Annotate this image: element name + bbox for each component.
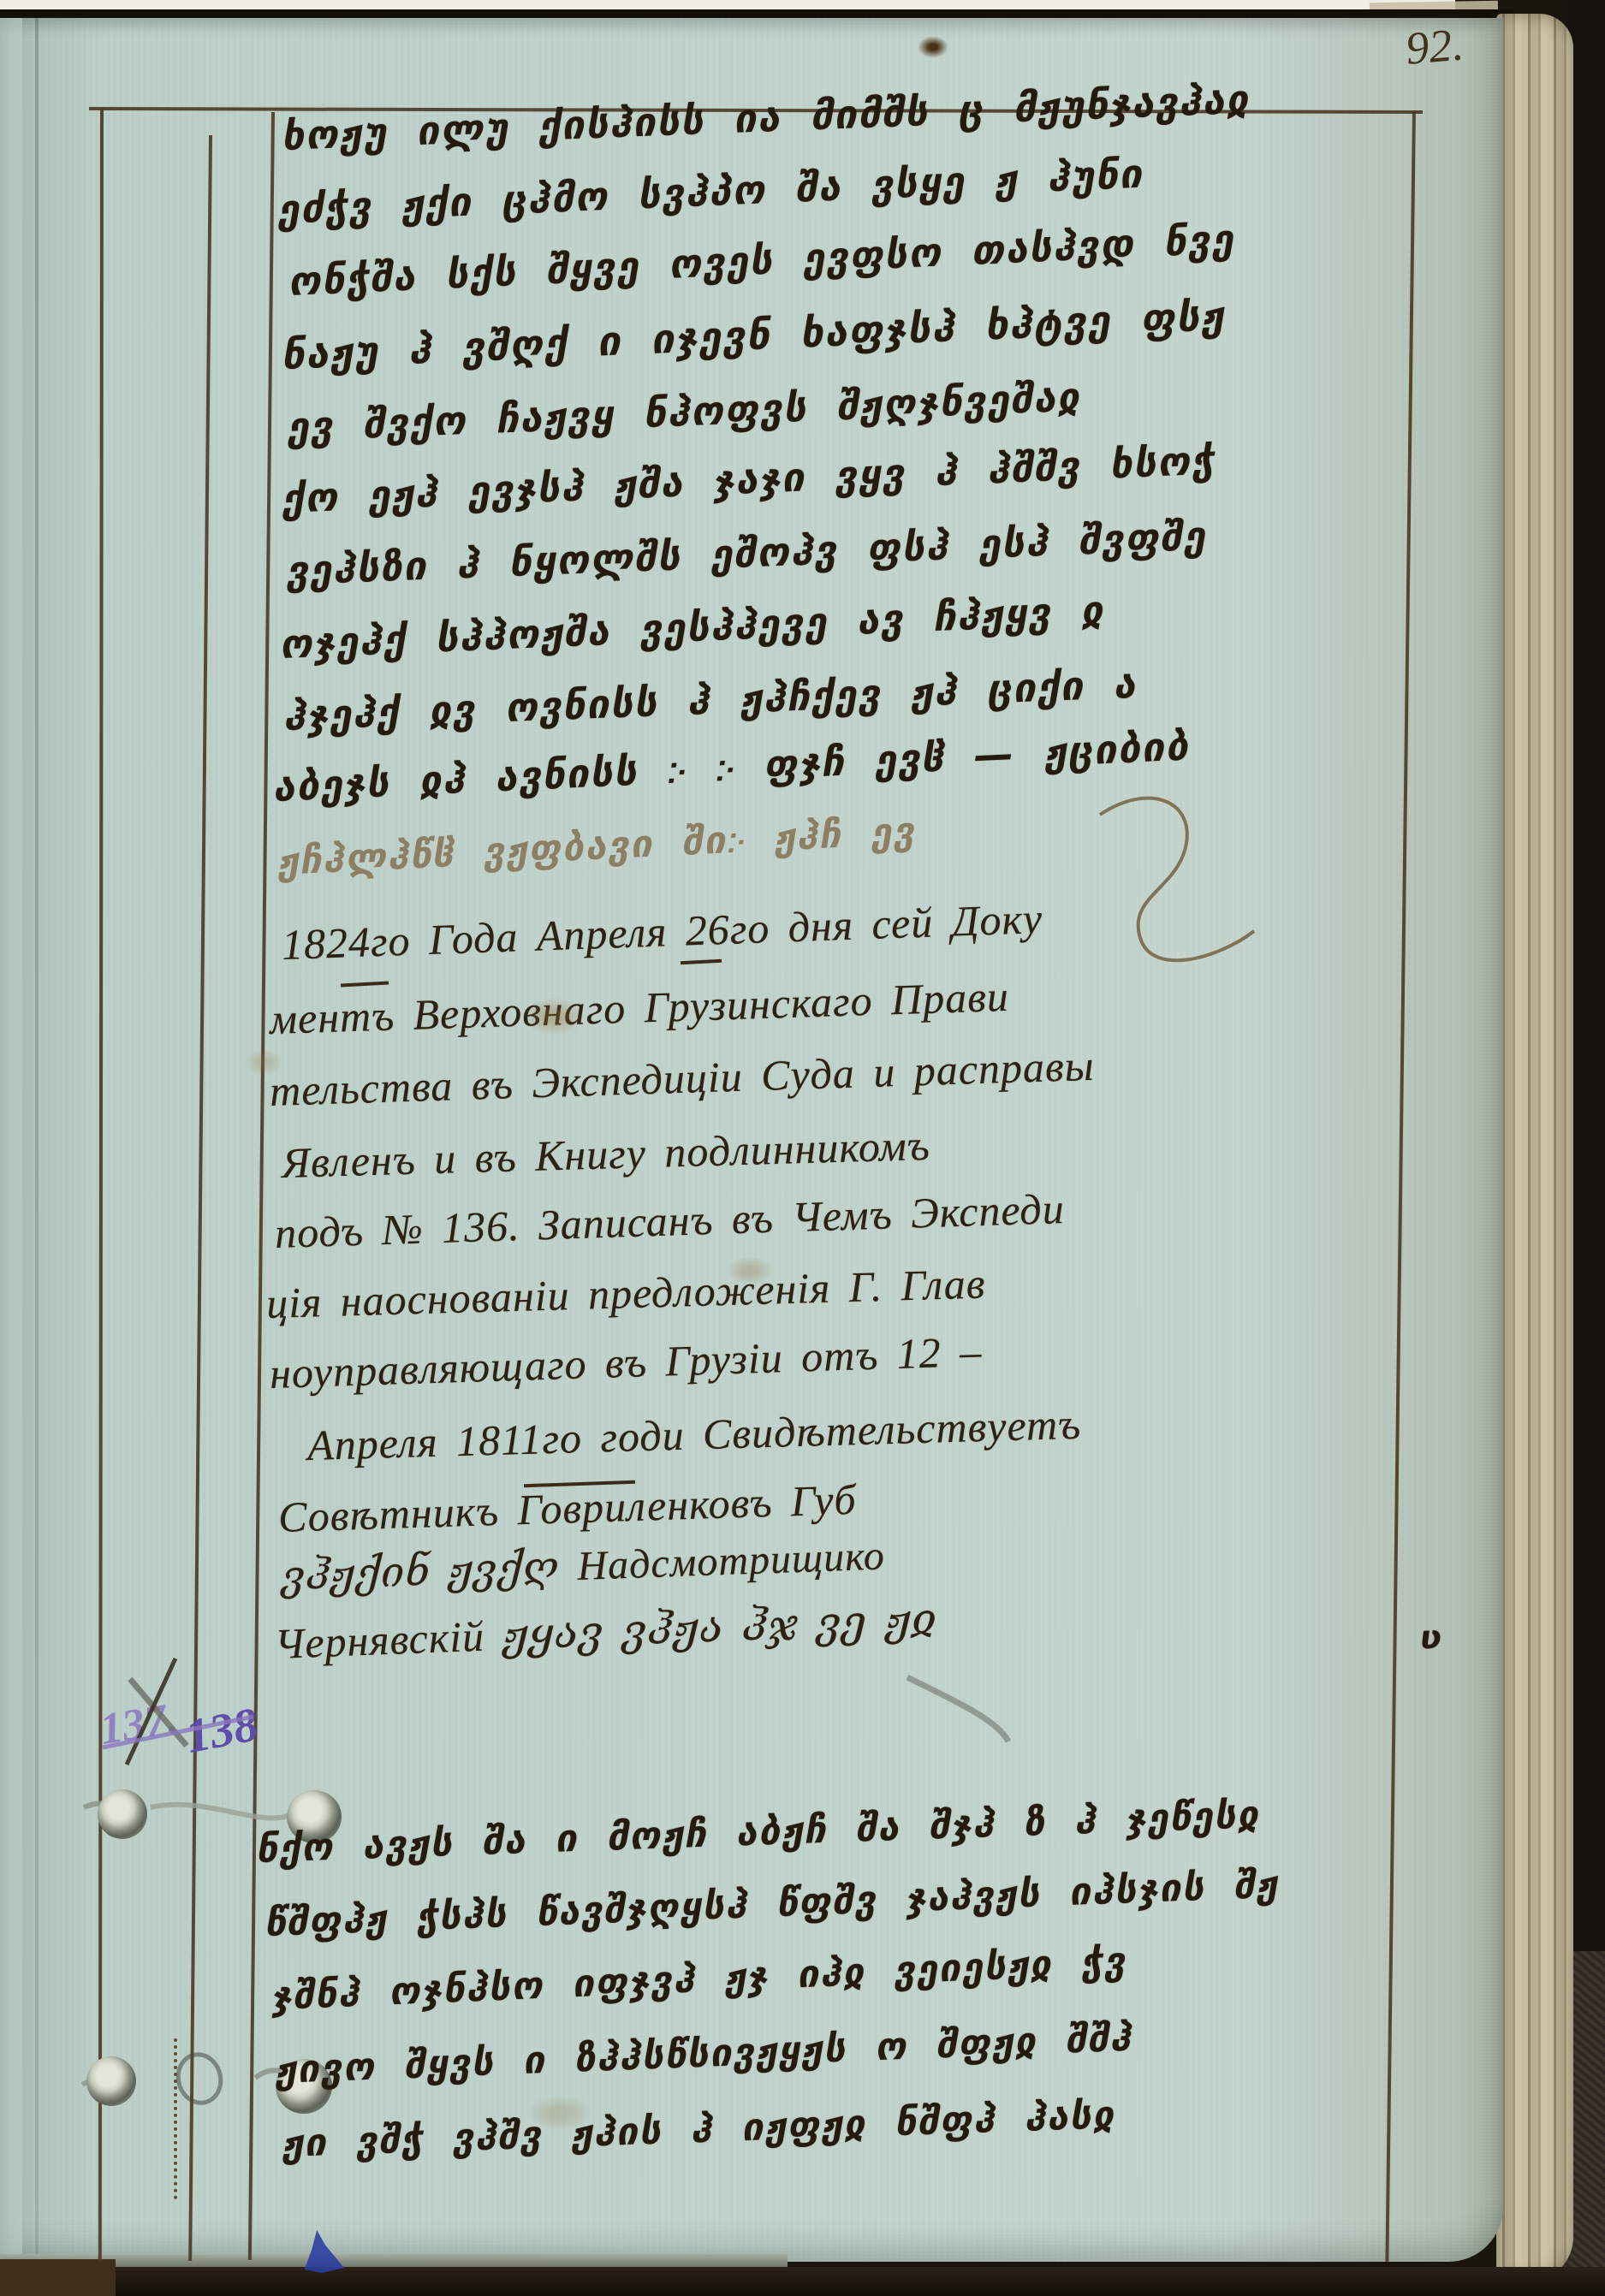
binding-hole [98,1789,147,1839]
ink-x-stroke [127,1658,175,1765]
flourish-paraph [1100,798,1254,961]
paper-stain [918,36,948,58]
scanned-book-page: 92. ხოჟუ ილუ ქისჰისს ია მიმშს ც მჟუნჯავჰ… [0,0,1605,2296]
binding-thread [151,1805,288,1818]
ink-and-pencil-strokes [0,0,1605,2296]
paper-stain [524,998,584,1035]
paper-stain [245,1049,282,1075]
paper-stain [726,1256,774,1285]
folio-strike-line [103,1717,253,1747]
binding-hole [86,2056,136,2106]
pencil-squiggle [907,1677,1008,1741]
